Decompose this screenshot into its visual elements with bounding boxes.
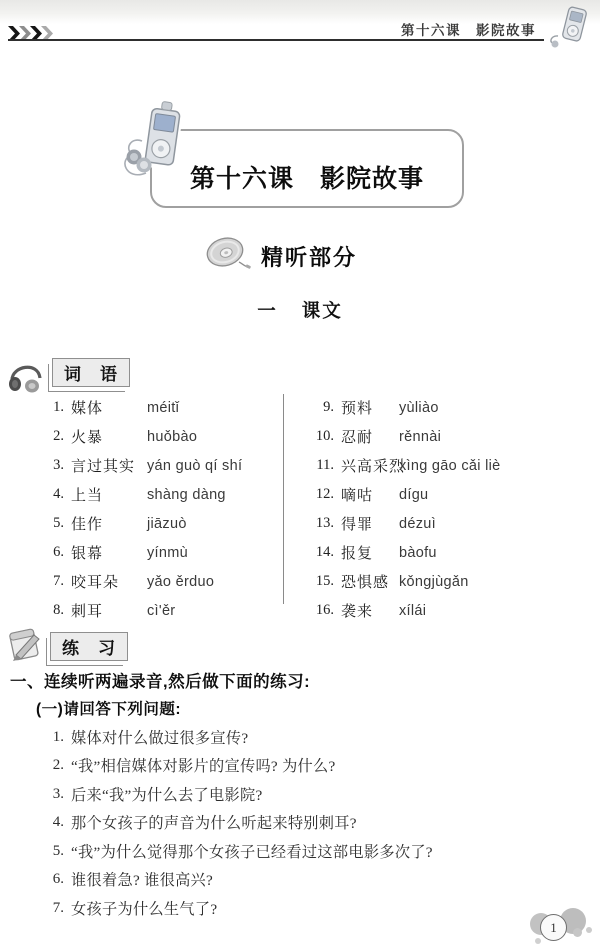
vocab-number: 14. (308, 544, 334, 561)
mp3-player-earbuds-icon (116, 99, 194, 194)
vocab-word: 上当 (71, 484, 147, 505)
vocab-number: 9. (308, 399, 334, 416)
vocab-number: 12. (308, 486, 334, 503)
vocab-word: 恐惧感 (341, 571, 399, 592)
vocab-number: 7. (42, 573, 64, 590)
vocab-pinyin: bàofu (399, 545, 437, 561)
vocab-pinyin: dígu (399, 487, 428, 503)
question-row: 3.后来“我”为什么去了电影院? (44, 780, 564, 809)
vocab-tag-box: 词 语 (52, 358, 130, 387)
vocab-row: 11.兴高采烈xìng gāo cǎi liè (308, 451, 570, 480)
question-number: 6. (44, 871, 64, 888)
page-number-decor: 1 (528, 905, 594, 945)
header-rule (8, 39, 544, 41)
question-row: 2.“我”相信媒体对影片的宣传吗? 为什么? (44, 752, 564, 781)
vocab-row: 5.佳作jiāzuò (42, 509, 280, 538)
vocab-word: 火暴 (71, 426, 147, 447)
vocab-number: 16. (308, 602, 334, 619)
page-number-badge: 1 (540, 914, 567, 941)
vocab-number: 1. (42, 399, 64, 416)
vocab-row: 3.言过其实yán guò qí shí (42, 451, 280, 480)
vocab-pinyin: méitǐ (147, 400, 179, 416)
subsection-heading: 一 课文 (0, 297, 600, 323)
vocab-word: 嘀咕 (341, 484, 399, 505)
vocab-word: 咬耳朵 (71, 571, 147, 592)
subsection-number: 一 (257, 297, 278, 323)
vocab-word: 得罪 (341, 513, 399, 534)
decor-dot (535, 938, 541, 944)
question-number: 4. (44, 814, 64, 831)
vocab-number: 13. (308, 515, 334, 532)
vocab-word: 银幕 (71, 542, 147, 563)
notepad-pencil-icon (6, 623, 44, 670)
question-number: 5. (44, 843, 64, 860)
vocab-list-right: 9.预料yùliào 10.忍耐rěnnài 11.兴高采烈xìng gāo c… (308, 393, 570, 625)
question-number: 3. (44, 786, 64, 803)
vocab-pinyin: huǒbào (147, 429, 197, 445)
exercise-instruction: 一、连续听两遍录音,然后做下面的练习: (10, 668, 310, 692)
listening-section-title: 精听部分 (261, 241, 357, 272)
question-row: 4.那个女孩子的声音为什么听起来特别刺耳? (44, 809, 564, 838)
vocab-word: 媒体 (71, 397, 147, 418)
question-text: 那个女孩子的声音为什么听起来特别刺耳? (71, 812, 357, 833)
vocab-number: 5. (42, 515, 64, 532)
question-text: 媒体对什么做过很多宣传? (71, 727, 248, 748)
chevrons-right-icon (8, 26, 56, 46)
question-number: 2. (44, 757, 64, 774)
mp3-player-icon (546, 4, 592, 57)
vocab-pinyin: kǒngjùgǎn (399, 574, 469, 590)
question-text: 后来“我”为什么去了电影院? (71, 784, 263, 805)
lesson-title: 第十六课 影院故事 (190, 159, 424, 195)
vocab-pinyin: yán guò qí shí (147, 458, 242, 474)
question-row: 1.媒体对什么做过很多宣传? (44, 723, 564, 752)
vocab-number: 11. (308, 457, 334, 474)
vocab-pinyin: cì'ěr (147, 603, 175, 619)
vocab-row: 12.嘀咕dígu (308, 480, 570, 509)
vocab-pinyin: xìng gāo cǎi liè (399, 458, 501, 474)
headphones-icon (8, 356, 44, 399)
vocab-pinyin: yùliào (399, 400, 439, 416)
vocab-row: 16.袭来xílái (308, 596, 570, 625)
subsection-title: 课文 (302, 297, 343, 323)
vocab-row: 15.恐惧感kǒngjùgǎn (308, 567, 570, 596)
vocab-word: 袭来 (341, 600, 399, 621)
vocab-row: 10.忍耐rěnnài (308, 422, 570, 451)
vocab-number: 10. (308, 428, 334, 445)
vocab-word: 预料 (341, 397, 399, 418)
vocab-row: 1.媒体méitǐ (42, 393, 280, 422)
exercise-tag-label: 练 习 (62, 634, 116, 659)
vocab-word: 兴高采烈 (341, 455, 399, 476)
vocab-row: 14.报复bàofu (308, 538, 570, 567)
question-text: “我”为什么觉得那个女孩子已经看过这部电影多次了? (71, 841, 433, 862)
textbook-page: 第十六课 影院故事 第十六课 影院故事 (0, 0, 600, 947)
vocab-row: 7.咬耳朵yǎo ěrduo (42, 567, 280, 596)
exercise-section-header: 练 习 (6, 623, 128, 670)
header-lesson-label: 第十六课 影院故事 (401, 19, 536, 39)
vocab-number: 6. (42, 544, 64, 561)
vocab-pinyin: dézuì (399, 516, 436, 532)
question-row: 5.“我”为什么觉得那个女孩子已经看过这部电影多次了? (44, 837, 564, 866)
vocab-column-divider (283, 394, 284, 604)
exercise-tag-box: 练 习 (50, 632, 128, 661)
vocab-pinyin: shàng dàng (147, 487, 226, 503)
vocab-word: 言过其实 (71, 455, 147, 476)
page-number: 1 (550, 920, 557, 936)
question-number: 1. (44, 729, 64, 746)
vocab-row: 9.预料yùliào (308, 393, 570, 422)
vocab-word: 刺耳 (71, 600, 147, 621)
vocab-list-left: 1.媒体méitǐ 2.火暴huǒbào 3.言过其实yán guò qí sh… (42, 393, 280, 625)
vocab-pinyin: rěnnài (399, 429, 441, 445)
decor-dot (586, 927, 592, 933)
vocab-number: 4. (42, 486, 64, 503)
vocab-row: 6.银幕yínmù (42, 538, 280, 567)
question-text: “我”相信媒体对影片的宣传吗? 为什么? (71, 755, 336, 776)
vocab-pinyin: jiāzuò (147, 516, 187, 532)
vocab-tag-label: 词 语 (64, 360, 118, 385)
question-text: 女孩子为什么生气了? (71, 898, 217, 919)
vocab-number: 15. (308, 573, 334, 590)
vocab-row: 2.火暴huǒbào (42, 422, 280, 451)
vocab-number: 2. (42, 428, 64, 445)
vocab-word: 佳作 (71, 513, 147, 534)
vocab-pinyin: xílái (399, 603, 426, 619)
lesson-title-box: 第十六课 影院故事 (150, 129, 464, 208)
vocab-row: 4.上当shàng dàng (42, 480, 280, 509)
vocab-row: 8.刺耳cì'ěr (42, 596, 280, 625)
vocab-number: 3. (42, 457, 64, 474)
vocab-pinyin: yínmù (147, 545, 188, 561)
vocab-row: 13.得罪dézuì (308, 509, 570, 538)
vocab-word: 忍耐 (341, 426, 399, 447)
question-row: 6.谁很着急? 谁很高兴? (44, 866, 564, 895)
decor-dot (573, 928, 582, 937)
exercise-sub-instruction: (一)请回答下列问题: (36, 697, 181, 719)
vocab-word: 报复 (341, 542, 399, 563)
question-row: 7.女孩子为什么生气了? (44, 894, 564, 923)
vocab-pinyin: yǎo ěrduo (147, 574, 214, 590)
listening-section-header: 精听部分 (203, 233, 357, 280)
question-number: 7. (44, 900, 64, 917)
question-text: 谁很着急? 谁很高兴? (71, 869, 213, 890)
question-list: 1.媒体对什么做过很多宣传? 2.“我”相信媒体对影片的宣传吗? 为什么? 3.… (44, 723, 564, 923)
vocab-number: 8. (42, 602, 64, 619)
cd-player-icon (203, 233, 253, 280)
